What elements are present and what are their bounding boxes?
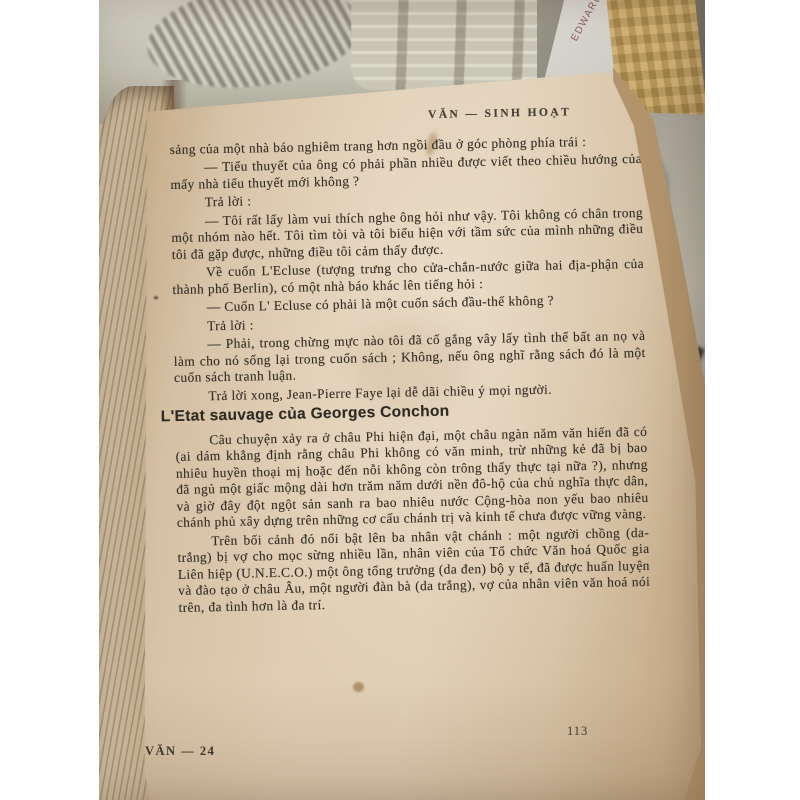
paragraph: — Tôi rất lấy làm vui thích nghe ông hỏi… — [171, 204, 644, 263]
page-text-block: VĂN — SINH HOẠT sảng của một nhà báo ngh… — [169, 103, 651, 618]
paragraph: Câu chuyện xảy ra ở châu Phi hiện đại, m… — [175, 423, 649, 531]
white-matte: { "page": { "header": "VĂN — SINH HOẠT",… — [0, 0, 800, 800]
margin-mark: * — [153, 292, 159, 307]
book-photo: EDWARD T C TRẦN H * VĂN — SINH HOẠT sảng… — [99, 0, 705, 800]
tan-book-red-letters: T C — [625, 0, 670, 6]
paragraph: Trên bối cảnh đó nổi bật lên ba nhân vật… — [177, 524, 650, 616]
page-number: 113 — [567, 724, 588, 739]
footer-signature: VĂN — 24 — [145, 744, 215, 759]
page-stain — [353, 682, 364, 692]
running-header: VĂN — SINH HOẠT — [169, 103, 641, 129]
edward-spine-label: EDWARD — [569, 0, 604, 43]
book-page: * VĂN — SINH HOẠT sảng của một nhà báo n… — [139, 60, 701, 800]
paragraph: — Phải, trong chừng mực nào tôi đã cố gắ… — [173, 328, 646, 387]
